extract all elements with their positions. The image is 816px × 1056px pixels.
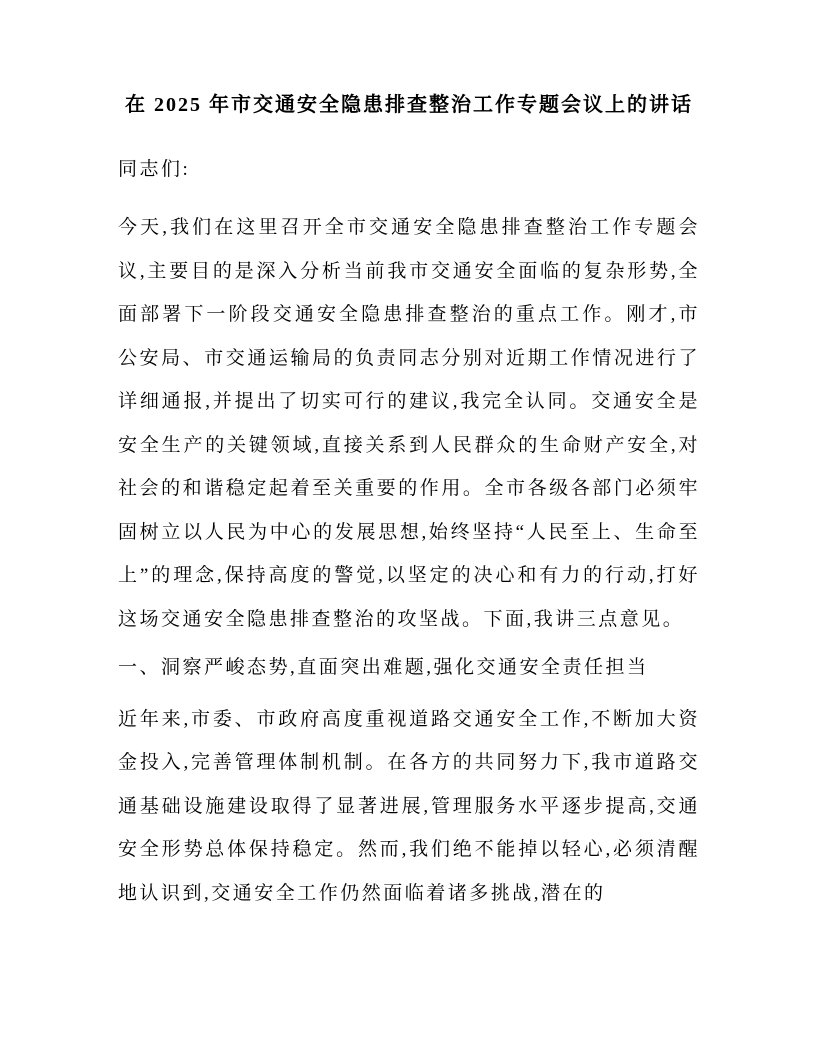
paragraph-1: 今天,我们在这里召开全市交通安全隐患排查整治工作专题会议,主要目的是深入分析当前… — [118, 206, 700, 641]
document-page: 在 2025 年市交通安全隐患排查整治工作专题会议上的讲话 同志们: 今天,我们… — [0, 0, 816, 1056]
document-title: 在 2025 年市交通安全隐患排查整治工作专题会议上的讲话 — [118, 84, 700, 128]
salutation: 同志们: — [118, 148, 700, 192]
paragraph-2: 近年来,市委、市政府高度重视道路交通安全工作,不断加大资金投入,完善管理体制机制… — [118, 698, 700, 916]
section-heading-1: 一、洞察严峻态势,直面突出难题,强化交通安全责任担当 — [118, 646, 700, 690]
